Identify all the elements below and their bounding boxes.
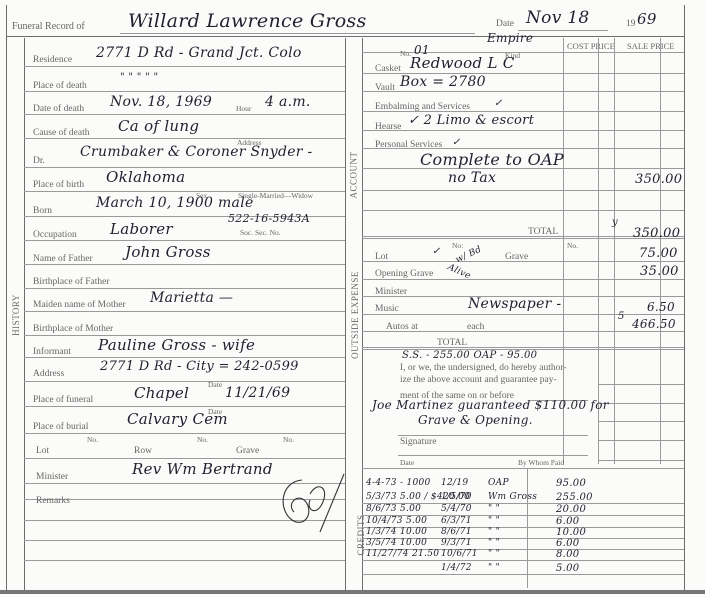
credit-rule: [362, 574, 684, 575]
history-left-border: [24, 38, 25, 590]
credit-amount: 10.00: [556, 527, 586, 538]
casket-label: Casket: [375, 64, 401, 74]
credit-amount: 255.00: [556, 492, 593, 503]
credit-amount: 95.00: [556, 478, 586, 489]
left-outer-border: [6, 5, 7, 590]
mother-maiden-value: Marietta —: [150, 290, 233, 306]
kind-value: Empire: [487, 31, 533, 45]
signature-line: [398, 435, 588, 436]
bottom-rule: [0, 590, 705, 594]
father-name-value: John Gross: [125, 243, 211, 261]
ssn-value: 522-16-5943A: [228, 212, 310, 225]
lot-no-label: No.: [87, 435, 98, 444]
personal-services-check: ✓: [452, 137, 461, 148]
place-of-burial-label: Place of burial: [33, 422, 88, 432]
outside-expense-rule: [362, 347, 684, 348]
funeral-date-label: Date: [208, 380, 222, 389]
minister-label: Minister: [36, 472, 68, 482]
header-bottom-rule: [6, 36, 684, 37]
place-of-birth-value: Oklahoma: [106, 168, 185, 186]
credit-description: " ": [488, 504, 500, 514]
credit-description: " ": [488, 527, 500, 537]
price-grid-rule: [598, 384, 684, 385]
lot-no-label-oe: No:: [452, 241, 463, 250]
history-rule: [24, 406, 345, 407]
account-rule: [362, 210, 684, 211]
informant-value: Pauline Gross - wife: [98, 336, 255, 354]
credit-description: OAP: [488, 478, 509, 488]
vault-label: Vault: [375, 83, 395, 93]
mother-maiden-label: Maiden name of Mother: [33, 300, 126, 310]
credit-date: 12/19: [441, 478, 468, 488]
account-rule: [362, 91, 684, 92]
credit-left-entry: 1/3/74 10.00: [366, 527, 427, 537]
residence-value: 2771 D Rd - Grand Jct. Colo: [96, 45, 302, 61]
history-rule: [24, 311, 345, 312]
credit-date: 8/6/71: [441, 527, 472, 537]
account-rule: [362, 190, 684, 191]
credit-date: 9/3/71: [441, 538, 472, 548]
autos-mark: 5: [618, 311, 625, 322]
outside-expense-section-label: OUTSIDE EXPENSE: [350, 265, 360, 365]
casket-value: Redwood L C: [410, 54, 515, 72]
oe-lot-mark: ✓: [432, 246, 441, 257]
price-column-rule: [614, 38, 615, 464]
credit-description: " ": [488, 538, 500, 548]
guarantee-note-2: Grave & Opening.: [418, 413, 533, 427]
oe-total-label: TOTAL: [437, 338, 467, 348]
born-label: Born: [33, 206, 52, 216]
credit-date: 6/3/71: [441, 516, 472, 526]
remarks-initials-scribble: [270, 470, 348, 545]
account-note-line2: no Tax: [448, 170, 496, 186]
funeral-record-label: Funeral Record of: [12, 21, 85, 32]
credit-amount: 20.00: [556, 504, 586, 515]
history-rule: [24, 114, 345, 115]
row-no-label: No.: [197, 435, 208, 444]
year-value: 69: [637, 10, 657, 28]
history-rule: [24, 381, 345, 382]
history-rule: [24, 560, 345, 561]
account-total-label: TOTAL: [528, 227, 558, 237]
guarantee-note-1: Joe Martinez guaranteed $110.00 for: [372, 398, 609, 412]
place-of-funeral-label: Place of funeral: [33, 395, 93, 405]
signature-label: Signature: [400, 437, 436, 447]
sale-price-header: SALE PRICE: [627, 41, 674, 51]
outside-expense-rule: [362, 314, 684, 315]
music-label: Music: [375, 304, 399, 314]
credit-left-entry: 8/6/73 5.00: [366, 504, 421, 514]
account-rule: [362, 130, 684, 131]
history-rule: [24, 138, 345, 139]
history-rule: [24, 288, 345, 289]
date-of-death-value: Nov. 18, 1969: [110, 94, 212, 110]
oe-minister-label: Minister: [375, 287, 407, 297]
year-prefix: 19: [626, 19, 636, 29]
credit-date: 1/5/70: [441, 492, 472, 502]
history-rule: [24, 433, 345, 434]
credit-date: 5/4/70: [441, 504, 472, 514]
date-label: Date: [496, 19, 514, 29]
remarks-label: Remarks: [36, 496, 70, 506]
credit-left-entry: 4-4-73 - 1000: [366, 478, 431, 488]
father-birthplace-label: Birthplace of Father: [33, 277, 110, 287]
price-grid-rule: [598, 421, 684, 422]
funeral-date-value: 11/21/69: [225, 385, 290, 401]
credit-description: " ": [488, 516, 500, 526]
credit-amount: 6.00: [556, 538, 579, 549]
cause-of-death-value: Ca of lung: [118, 117, 199, 135]
autos-price: 466.50: [632, 317, 676, 331]
credit-left-entry: 10/4/73 5.00: [366, 516, 427, 526]
music-price: 6.50: [647, 300, 675, 314]
price-grid-rule: [598, 440, 684, 441]
authorization-text-2: ize the above account and guarantee pay-: [400, 375, 557, 385]
place-of-burial-value: Calvary Cem: [127, 410, 228, 428]
mother-birthplace-label: Birthplace of Mother: [33, 324, 113, 334]
personal-services-label: Personal Services: [375, 140, 442, 150]
hearse-value: ✓ 2 Limo & escort: [408, 113, 534, 128]
grave-no-label: No.: [283, 435, 294, 444]
oe-lot-label: Lot: [375, 252, 388, 262]
credit-description: Wm Gross: [488, 492, 537, 502]
date-paid-line: [398, 455, 588, 456]
credit-date: 10/6/71: [441, 549, 478, 559]
history-rule: [24, 66, 345, 67]
credits-section-label: CREDITS: [356, 510, 366, 560]
oe-grave-label: Grave: [505, 252, 528, 262]
occupation-label: Occupation: [33, 230, 77, 240]
grave-no-label-oe: No.: [567, 241, 578, 250]
oe-date-label: Date: [400, 458, 414, 467]
lot-label: Lot: [36, 446, 49, 456]
price-grid-rule: [598, 460, 684, 461]
credits-amount-left: [527, 468, 528, 588]
credits-top-rule: [362, 468, 684, 469]
born-value: March 10, 1900 male: [96, 195, 254, 211]
outside-expense-rule: [362, 279, 684, 280]
right-outer-border: [684, 5, 685, 590]
name-underline: [120, 33, 475, 34]
opening-grave-price: 35.00: [640, 264, 679, 279]
account-total-sale-price: 350.00: [633, 226, 680, 241]
account-note-line1: Complete to OAP: [420, 150, 564, 169]
grave-label: Grave: [236, 446, 259, 456]
autos-label: Autos at: [386, 322, 418, 332]
credit-left-entry: 3/5/74 10.00: [366, 538, 427, 548]
hour-value: 4 a.m.: [265, 94, 311, 110]
each-label: each: [467, 322, 484, 332]
by-whom-paid-label: By Whom Paid: [518, 458, 564, 467]
dr-label: Dr.: [33, 156, 45, 166]
music-value: Newspaper -: [468, 296, 561, 312]
credit-rule: [362, 560, 684, 561]
credit-description: " ": [488, 549, 500, 559]
history-rule: [24, 264, 345, 265]
dr-value: Crumbaker & Coroner Snyder -: [80, 144, 313, 160]
history-section-label: HISTORY: [11, 291, 21, 339]
residence-label: Residence: [33, 55, 72, 65]
address-label: Address: [33, 369, 64, 379]
oe-lot-price: 75.00: [639, 246, 678, 261]
minister-value: Rev Wm Bertrand: [132, 460, 273, 478]
place-of-death-value: " " " " ": [120, 72, 158, 83]
date-of-death-label: Date of death: [33, 104, 84, 114]
cost-price-header: COST PRICE: [567, 41, 615, 51]
deceased-name: Willard Lawrence Gross: [128, 10, 367, 32]
history-rule: [24, 91, 345, 92]
account-total-mark: y: [612, 217, 618, 228]
history-rule: [24, 357, 345, 358]
credit-description: " ": [488, 563, 500, 573]
ss-note: S.S. - 255.00 OAP - 95.00: [402, 350, 537, 361]
credit-amount: 5.00: [556, 563, 579, 574]
opening-grave-label: Opening Grave: [375, 269, 433, 279]
ssn-label: Soc. Sec. No.: [240, 228, 281, 237]
account-section-label: ACCOUNT: [349, 148, 359, 203]
father-name-label: Name of Father: [33, 254, 93, 264]
row-label: Row: [134, 446, 152, 456]
account-note-sale-price: 350.00: [635, 172, 682, 187]
credit-date: 1/4/72: [441, 563, 472, 573]
authorization-text-1: I, or we, the undersigned, do hereby aut…: [400, 363, 567, 373]
hearse-label: Hearse: [375, 122, 401, 132]
credit-amount: 6.00: [556, 516, 579, 527]
occupation-value: Laborer: [110, 220, 173, 238]
place-of-birth-label: Place of birth: [33, 180, 84, 190]
address-value: 2771 D Rd - City = 242-0599: [100, 359, 299, 374]
embalming-check: ✓: [494, 98, 503, 109]
place-of-funeral-value: Chapel: [134, 384, 189, 402]
history-rule: [24, 458, 345, 459]
informant-label: Informant: [33, 347, 71, 357]
history-rule: [24, 240, 345, 241]
place-of-death-label: Place of death: [33, 81, 87, 91]
hour-label: Hour: [236, 104, 251, 113]
embalming-label: Embalming and Services: [375, 102, 470, 112]
cause-of-death-label: Cause of death: [33, 128, 89, 138]
date-value: Nov 18: [526, 8, 590, 28]
credit-left-entry: 11/27/74 21.50: [366, 549, 439, 559]
price-grid-rule: [598, 403, 684, 404]
credit-amount: 8.00: [556, 549, 579, 560]
vault-value: Box = 2780: [400, 74, 486, 90]
